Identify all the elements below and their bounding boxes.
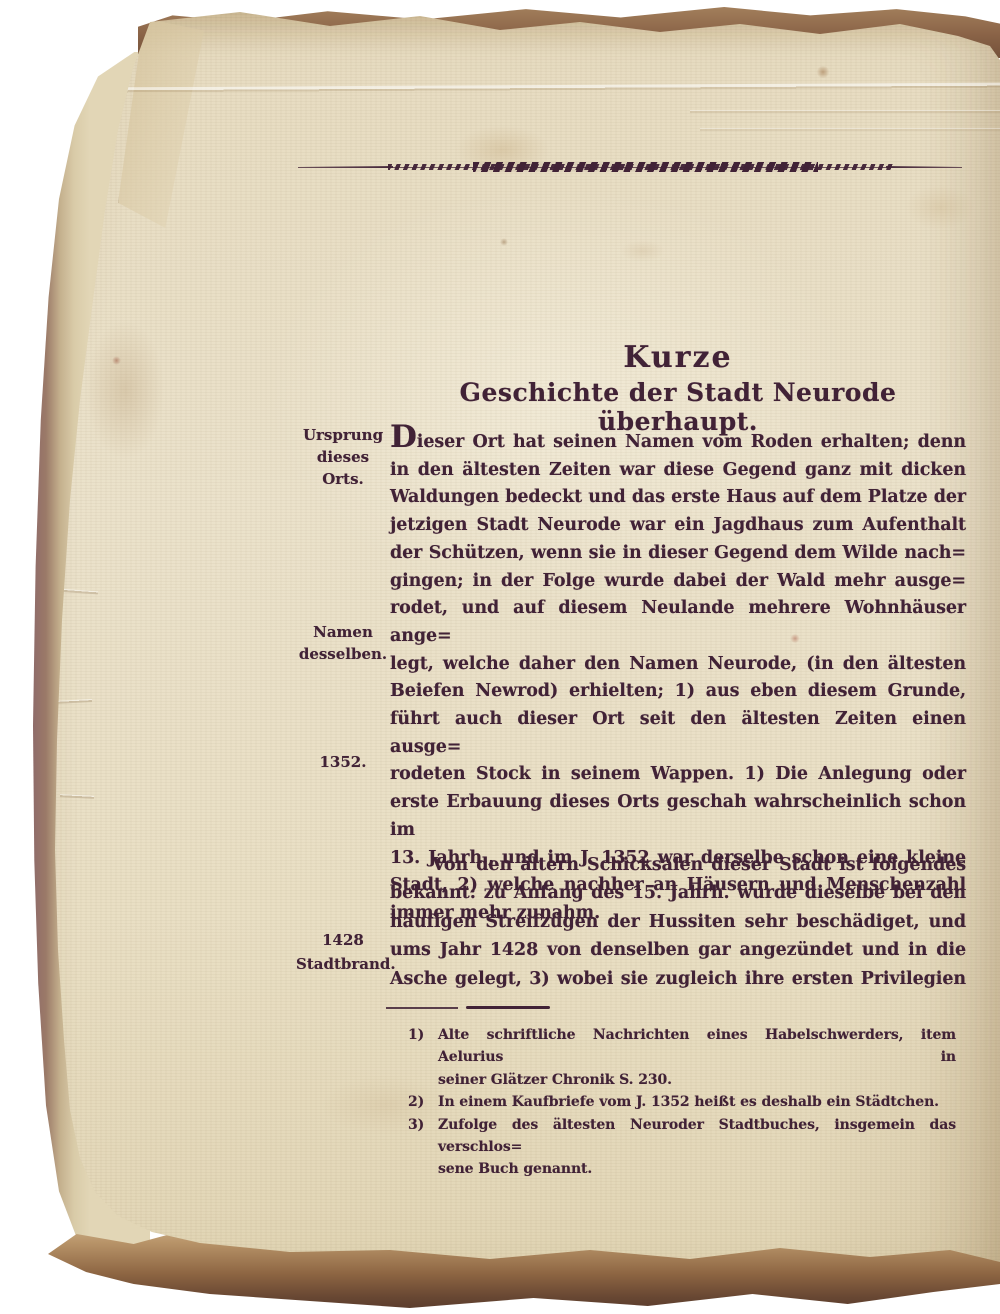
body-line: der Schützen, wenn sie in dieser Gegend … — [390, 540, 966, 568]
body-line: führt auch dieser Ort seit den ältesten … — [390, 706, 966, 761]
footnote-marker: 2) — [408, 1091, 424, 1113]
margin-note-year-1428-stadtbrand: 1428 Stadtbrand. — [296, 928, 390, 976]
body-line: jetzigen Stadt Neurode war ein Jagdhaus … — [390, 512, 966, 540]
footnotes-block: 1) Alte schriftliche Nachrichten eines H… — [408, 1024, 956, 1181]
scanned-book-page-photo: Kurze Geschichte der Stadt Neurode überh… — [0, 0, 1000, 1314]
margin-note-origin: Ursprung dieses Orts. — [296, 424, 390, 490]
margin-note-name: Namen desselben. — [296, 621, 390, 665]
body-line: ums Jahr 1428 von denselben gar angezünd… — [390, 936, 966, 964]
body-line: in den ältesten Zeiten war diese Gegend … — [390, 457, 966, 485]
ornament-rule-core — [473, 162, 818, 172]
footnote-rule-segment — [466, 1006, 550, 1009]
margin-note-line: Namen — [296, 621, 390, 643]
footnote-line: In einem Kaufbriefe vom J. 1352 heißt es… — [438, 1091, 956, 1113]
footnote-separator-rule — [386, 1005, 550, 1010]
margin-note-line: 1352. — [296, 751, 390, 773]
body-line: Asche gelegt, 3) wobei sie zugleich ihre… — [390, 965, 966, 993]
body-line: erste Erbauung dieses Orts geschah wahrs… — [390, 789, 966, 844]
footnote-line: Zufolge des ältesten Neuroder Stadtbuche… — [438, 1114, 956, 1159]
body-line: legt, welche daher den Namen Neurode, (i… — [390, 651, 966, 679]
margin-note-line: desselben. — [296, 643, 390, 665]
body-line: häufigen Streifzügen der Hussiten sehr b… — [390, 908, 966, 936]
margin-note-line: 1428 — [296, 928, 390, 952]
body-line: Von den ältern Schicksalen dieser Stadt … — [390, 851, 966, 879]
body-line: gingen; in der Folge wurde dabei der Wal… — [390, 568, 966, 596]
body-line: Waldungen bedeckt und das erste Haus auf… — [390, 484, 966, 512]
body-line: Beiefen Newrod) erhielten; 1) aus eben d… — [390, 678, 966, 706]
body-line: bekannt: zu Anfang des 15. Jahrh. wurde … — [390, 879, 966, 907]
body-line: Dieser Ort hat seinen Namen vom Roden er… — [390, 424, 966, 457]
margin-note-line: Orts. — [296, 468, 390, 490]
ornament-rule — [298, 162, 962, 172]
margin-note-line: dieses — [296, 446, 390, 468]
footnote-marker: 1) — [408, 1024, 424, 1046]
body-paragraph-2: Von den ältern Schicksalen dieser Stadt … — [390, 851, 966, 993]
margin-note-line: Stadtbrand. — [296, 952, 390, 976]
footnote-line: Alte schriftliche Nachrichten eines Habe… — [438, 1024, 956, 1069]
footnote-line: seiner Glätzer Chronik S. 230. — [438, 1069, 956, 1091]
margin-note-line: Ursprung — [296, 424, 390, 446]
footnote-marker: 3) — [408, 1114, 424, 1136]
margin-note-year-1352: 1352. — [296, 751, 390, 773]
chapter-title: Kurze — [390, 340, 966, 375]
body-line: rodeten Stock in seinem Wappen. 1) Die A… — [390, 761, 966, 789]
ornament-rule-right-taper — [886, 166, 962, 168]
ornament-rule-left-taper — [298, 166, 393, 168]
paper-page: Kurze Geschichte der Stadt Neurode überh… — [0, 0, 1000, 1314]
footnote-1: 1) Alte schriftliche Nachrichten eines H… — [408, 1024, 956, 1091]
footnote-rule-segment — [386, 1007, 458, 1009]
footnote-2: 2) In einem Kaufbriefe vom J. 1352 heißt… — [408, 1091, 956, 1113]
footnote-line: sene Buch genannt. — [438, 1158, 956, 1180]
body-line: rodet, und auf diesem Neulande mehrere W… — [390, 595, 966, 650]
footnote-3: 3) Zufolge des ältesten Neuroder Stadtbu… — [408, 1114, 956, 1181]
